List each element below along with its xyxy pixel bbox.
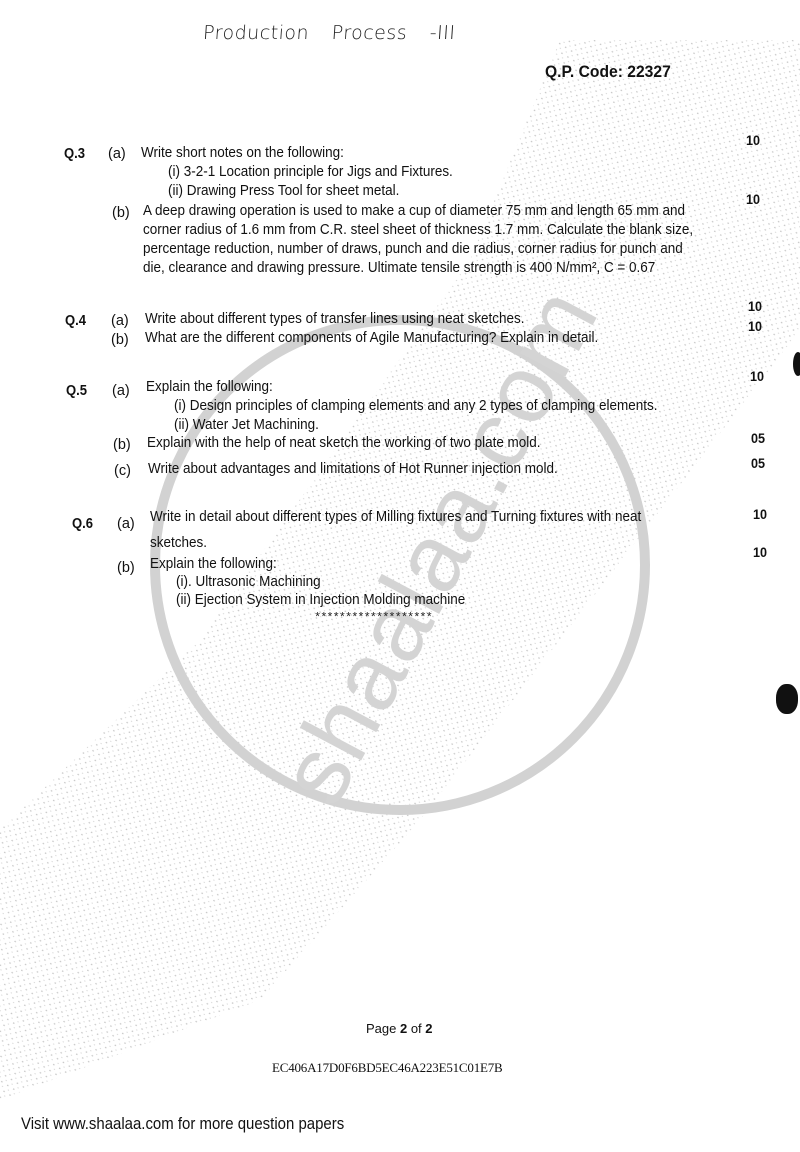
question-text: (i) 3-2-1 Location principle for Jigs an… bbox=[168, 164, 453, 180]
document-hash-code: EC406A17D0F6BD5EC46A223E51C01E7B bbox=[272, 1060, 503, 1076]
shaalaa-link[interactable]: Visit www.shaalaa.com for more question … bbox=[21, 1114, 344, 1133]
question-text: Explain the following: bbox=[146, 379, 273, 395]
marks: 10 bbox=[748, 298, 762, 314]
marks: 10 bbox=[753, 506, 767, 522]
part-label: (a) bbox=[117, 516, 135, 532]
question-number: Q.5 bbox=[66, 383, 87, 399]
question-text: Write about advantages and limitations o… bbox=[148, 461, 558, 477]
question-text: What are the different components of Agi… bbox=[145, 330, 598, 346]
part-label: (b) bbox=[113, 437, 131, 453]
part-label: (a) bbox=[112, 383, 130, 399]
marks: 10 bbox=[746, 191, 760, 207]
question-paper-page: Production Process -III Q.P. Code: 22327… bbox=[0, 0, 800, 1152]
question-text: (ii) Water Jet Machining. bbox=[174, 417, 319, 433]
marks: 05 bbox=[751, 455, 765, 471]
question-text: Write short notes on the following: bbox=[141, 145, 344, 161]
page-prefix: Page bbox=[366, 1021, 400, 1036]
marks: 10 bbox=[746, 132, 760, 148]
marks: 10 bbox=[748, 318, 762, 334]
scan-artifact bbox=[793, 352, 800, 376]
page-of: of bbox=[407, 1021, 425, 1036]
handwritten-title: Production Process -III bbox=[202, 22, 456, 44]
qp-code: Q.P. Code: 22327 bbox=[545, 62, 671, 82]
question-text: Write in detail about different types of… bbox=[150, 509, 641, 525]
marks: 10 bbox=[750, 368, 764, 384]
question-text: A deep drawing operation is used to make… bbox=[143, 203, 685, 219]
question-number: Q.4 bbox=[65, 313, 86, 329]
part-label: (a) bbox=[111, 313, 129, 329]
question-text: Explain with the help of neat sketch the… bbox=[147, 435, 541, 451]
footer-visit-link[interactable]: Visit www.shaalaa.com for more question … bbox=[21, 1114, 344, 1134]
marks: 10 bbox=[753, 544, 767, 560]
question-text: (i) Design principles of clamping elemen… bbox=[174, 398, 657, 414]
question-text: corner radius of 1.6 mm from C.R. steel … bbox=[143, 222, 693, 238]
marks: 05 bbox=[751, 430, 765, 446]
question-text: percentage reduction, number of draws, p… bbox=[143, 241, 683, 257]
question-text: (ii) Drawing Press Tool for sheet metal. bbox=[168, 183, 399, 199]
question-text: sketches. bbox=[150, 535, 207, 551]
page-number: Page 2 of 2 bbox=[366, 1021, 433, 1036]
question-text: Explain the following: bbox=[150, 556, 277, 572]
question-number: Q.6 bbox=[72, 516, 93, 532]
page-total: 2 bbox=[425, 1021, 432, 1036]
question-text: Write about different types of transfer … bbox=[145, 311, 525, 327]
question-text: die, clearance and drawing pressure. Ult… bbox=[143, 260, 655, 276]
question-number: Q.3 bbox=[64, 146, 85, 162]
part-label: (a) bbox=[108, 146, 126, 162]
scan-artifact bbox=[776, 684, 798, 714]
part-label: (b) bbox=[111, 332, 129, 348]
part-label: (b) bbox=[112, 205, 130, 221]
question-text: (i). Ultrasonic Machining bbox=[176, 574, 321, 590]
part-label: (c) bbox=[114, 463, 131, 479]
end-marker: ******************* bbox=[314, 611, 432, 625]
question-text: (ii) Ejection System in Injection Moldin… bbox=[176, 592, 465, 608]
part-label: (b) bbox=[117, 560, 135, 576]
